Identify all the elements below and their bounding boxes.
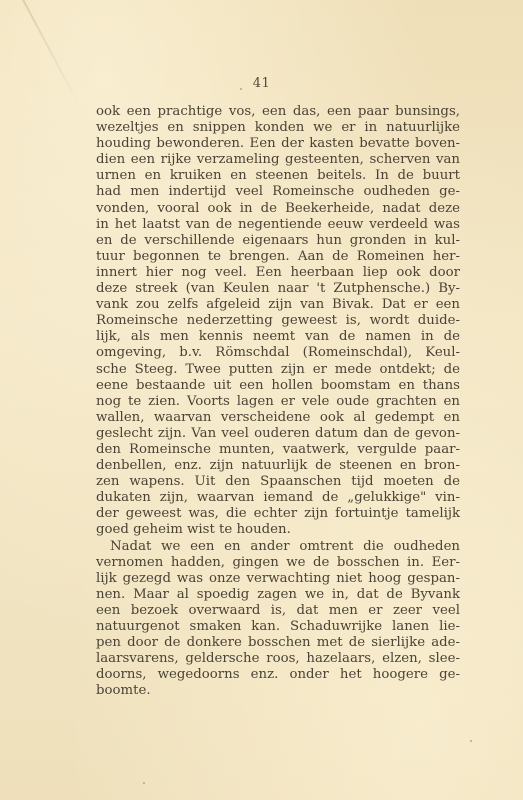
text-line: sche Steeg. Twee putten zijn er mede ont… — [96, 362, 460, 378]
paper-speck — [470, 740, 472, 742]
text-line: wallen, waarvan verscheidene ook al gede… — [96, 410, 460, 426]
text-line: natuurgenot smaken kan. Schaduwrijke lan… — [96, 619, 460, 635]
text-line: Romeinsche nederzetting geweest is, word… — [96, 313, 460, 329]
text-line: omgeving, b.v. Römschdal (Romeinschdal),… — [96, 345, 460, 361]
text-line: dien een rijke verzameling gesteenten, s… — [96, 152, 460, 168]
text-line: deze streek (van Keulen naar 't Zutphens… — [96, 281, 460, 297]
text-line: goed geheim wist te houden. — [96, 522, 460, 538]
text-line: denbellen, enz. zijn natuurlijk de steen… — [96, 458, 460, 474]
text-line: lijk gezegd was onze verwachting niet ho… — [96, 571, 460, 587]
text-line: pen door de donkere bosschen met de sier… — [96, 635, 460, 651]
text-line: der geweest was, die echter zijn fortuin… — [96, 506, 460, 522]
text-line: in het laatst van de negentiende eeuw ve… — [96, 217, 460, 233]
text-line: nen. Maar al spoedig zagen we in, dat de… — [96, 587, 460, 603]
text-line: geslecht zijn. Van veel ouderen datum da… — [96, 426, 460, 442]
text-line: laarsvarens, geldersche roos, hazelaars,… — [96, 651, 460, 667]
text-line: boomte. — [96, 683, 460, 699]
text-line: houding bewonderen. Een der kasten bevat… — [96, 136, 460, 152]
text-line: zen wapens. Uit den Spaanschen tijd moet… — [96, 474, 460, 490]
paper-speck — [143, 782, 145, 784]
text-line: vernomen hadden, gingen we de bosschen i… — [96, 555, 460, 571]
page-number: 41 — [0, 76, 523, 91]
text-line: en de verschillende eigenaars hun gronde… — [96, 233, 460, 249]
text-line: vank zou zelfs afgeleid zijn van Bivak. … — [96, 297, 460, 313]
text-line: lijk, als men kennis neemt van de namen … — [96, 329, 460, 345]
paragraph: Nadat we een en ander omtrent die oudhed… — [96, 539, 460, 700]
text-line: doorns, wegedoorns enz. onder het hooger… — [96, 667, 460, 683]
text-line: ook een prachtige vos, een das, een paar… — [96, 104, 460, 120]
paper-speck — [240, 88, 242, 90]
body-text: ook een prachtige vos, een das, een paar… — [96, 104, 460, 699]
text-line: tuur begonnen te brengen. Aan de Romeine… — [96, 249, 460, 265]
text-line: den Romeinsche munten, vaatwerk, verguld… — [96, 442, 460, 458]
text-line: Nadat we een en ander omtrent die oudhed… — [96, 539, 460, 555]
text-line: een bezoek overwaard is, dat men er zeer… — [96, 603, 460, 619]
text-line: innert hier nog veel. Een heerbaan liep … — [96, 265, 460, 281]
text-line: eene bestaande uit een hollen boomstam e… — [96, 378, 460, 394]
text-line: vonden, vooral ook in de Beekerheide, na… — [96, 201, 460, 217]
text-line: urnen en kruiken en steenen beitels. In … — [96, 168, 460, 184]
paragraph: ook een prachtige vos, een das, een paar… — [96, 104, 460, 539]
text-line: nog te zien. Voorts lagen er vele oude g… — [96, 394, 460, 410]
text-line: wezeltjes en snippen konden we er in nat… — [96, 120, 460, 136]
text-line: dukaten zijn, waarvan iemand de „gelukki… — [96, 490, 460, 506]
text-line: had men indertijd veel Romeinsche oudhed… — [96, 184, 460, 200]
book-page: 41 ook een prachtige vos, een das, een p… — [0, 0, 523, 800]
